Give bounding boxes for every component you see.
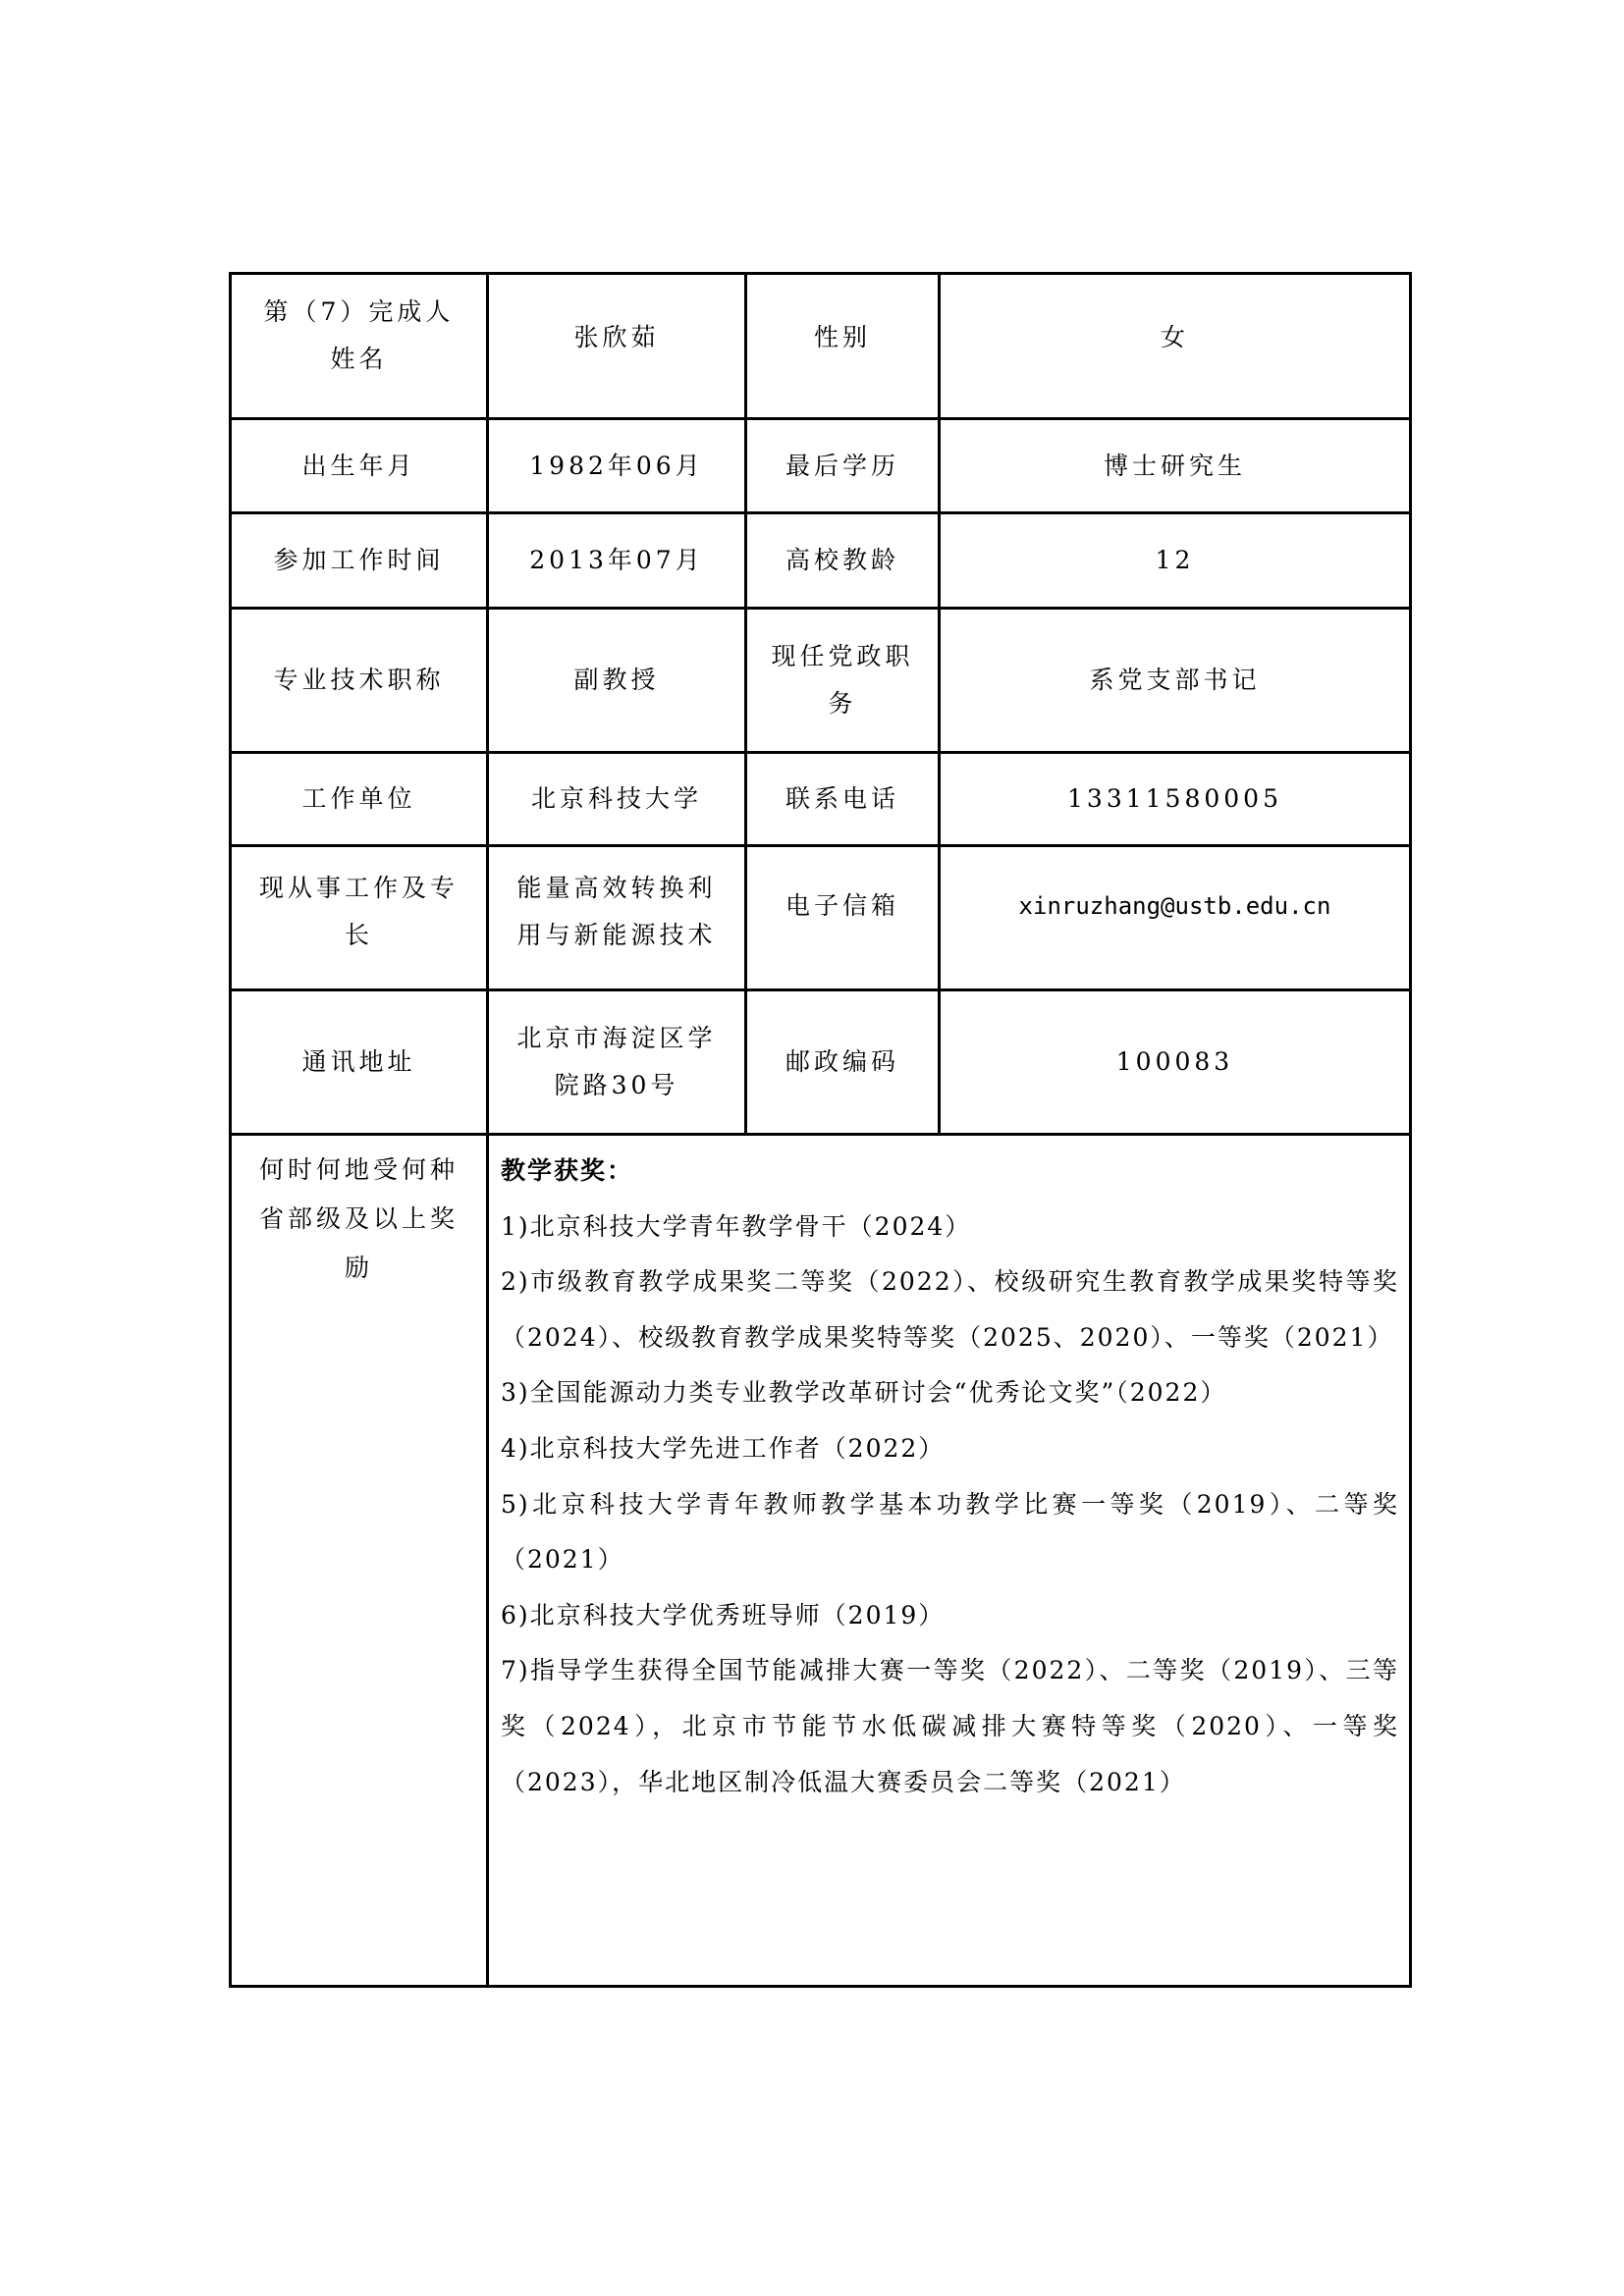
label-phone: 联系电话 (746, 753, 940, 846)
label-employer: 工作单位 (231, 753, 488, 846)
value-education: 博士研究生 (940, 419, 1411, 513)
label-postcode: 邮政编码 (746, 990, 940, 1135)
value-birth-date: 1982年06月 (488, 419, 746, 513)
value-teaching-years: 12 (940, 513, 1411, 609)
value-phone: 13311580005 (940, 753, 1411, 846)
award-item: 1)北京科技大学青年教学骨干（2024） (501, 1200, 1399, 1255)
award-item: 4)北京科技大学先进工作者（2022） (501, 1421, 1399, 1477)
value-postcode: 100083 (940, 990, 1411, 1135)
form-row-specialty: 现从事工作及专长 能量高效转换利用与新能源技术 电子信箱 xinruzhang@… (231, 846, 1411, 990)
label-work-start: 参加工作时间 (231, 513, 488, 609)
value-professional-title: 副教授 (488, 609, 746, 753)
form-row-employer: 工作单位 北京科技大学 联系电话 13311580005 (231, 753, 1411, 846)
personal-info-form-table: 第（7）完成人姓名 张欣茹 性别 女 出生年月 1982年06月 最后学历 博士… (229, 272, 1412, 1988)
label-awards: 何时何地受何种省部级及以上奖励 (231, 1135, 488, 1987)
label-completer-name: 第（7）完成人姓名 (231, 274, 488, 419)
label-party-position: 现任党政职务 (746, 609, 940, 753)
award-item: 6)北京科技大学优秀班导师（2019） (501, 1588, 1399, 1644)
value-address: 北京市海淀区学院路30号 (488, 990, 746, 1135)
form-row-work-start: 参加工作时间 2013年07月 高校教龄 12 (231, 513, 1411, 609)
value-gender: 女 (940, 274, 1411, 419)
award-item: 5)北京科技大学青年教师教学基本功教学比赛一等奖（2019）、二等奖（2021） (501, 1477, 1399, 1588)
value-email: xinruzhang@ustb.edu.cn (940, 846, 1411, 990)
label-teaching-years: 高校教龄 (746, 513, 940, 609)
form-row-awards: 何时何地受何种省部级及以上奖励 教学获奖： 1)北京科技大学青年教学骨干（202… (231, 1135, 1411, 1987)
label-address: 通讯地址 (231, 990, 488, 1135)
value-specialty: 能量高效转换利用与新能源技术 (488, 846, 746, 990)
awards-content: 教学获奖： 1)北京科技大学青年教学骨干（2024） 2)市级教育教学成果奖二等… (488, 1135, 1411, 1987)
value-party-position: 系党支部书记 (940, 609, 1411, 753)
award-item: 3)全国能源动力类专业教学改革研讨会“优秀论文奖”（2022） (501, 1365, 1399, 1421)
label-email: 电子信箱 (746, 846, 940, 990)
label-birth-date: 出生年月 (231, 419, 488, 513)
label-specialty: 现从事工作及专长 (231, 846, 488, 990)
value-employer: 北京科技大学 (488, 753, 746, 846)
form-row-address: 通讯地址 北京市海淀区学院路30号 邮政编码 100083 (231, 990, 1411, 1135)
label-gender: 性别 (746, 274, 940, 419)
label-professional-title: 专业技术职称 (231, 609, 488, 753)
award-item: 7)指导学生获得全国节能减排大赛一等奖（2022）、二等奖（2019）、三等奖（… (501, 1643, 1399, 1810)
form-row-name: 第（7）完成人姓名 张欣茹 性别 女 (231, 274, 1411, 419)
value-work-start: 2013年07月 (488, 513, 746, 609)
form-row-title: 专业技术职称 副教授 现任党政职务 系党支部书记 (231, 609, 1411, 753)
awards-heading: 教学获奖： (501, 1144, 1399, 1200)
label-education: 最后学历 (746, 419, 940, 513)
form-row-birth: 出生年月 1982年06月 最后学历 博士研究生 (231, 419, 1411, 513)
award-item: 2)市级教育教学成果奖二等奖（2022）、校级研究生教育教学成果奖特等奖（202… (501, 1255, 1399, 1365)
value-name: 张欣茹 (488, 274, 746, 419)
